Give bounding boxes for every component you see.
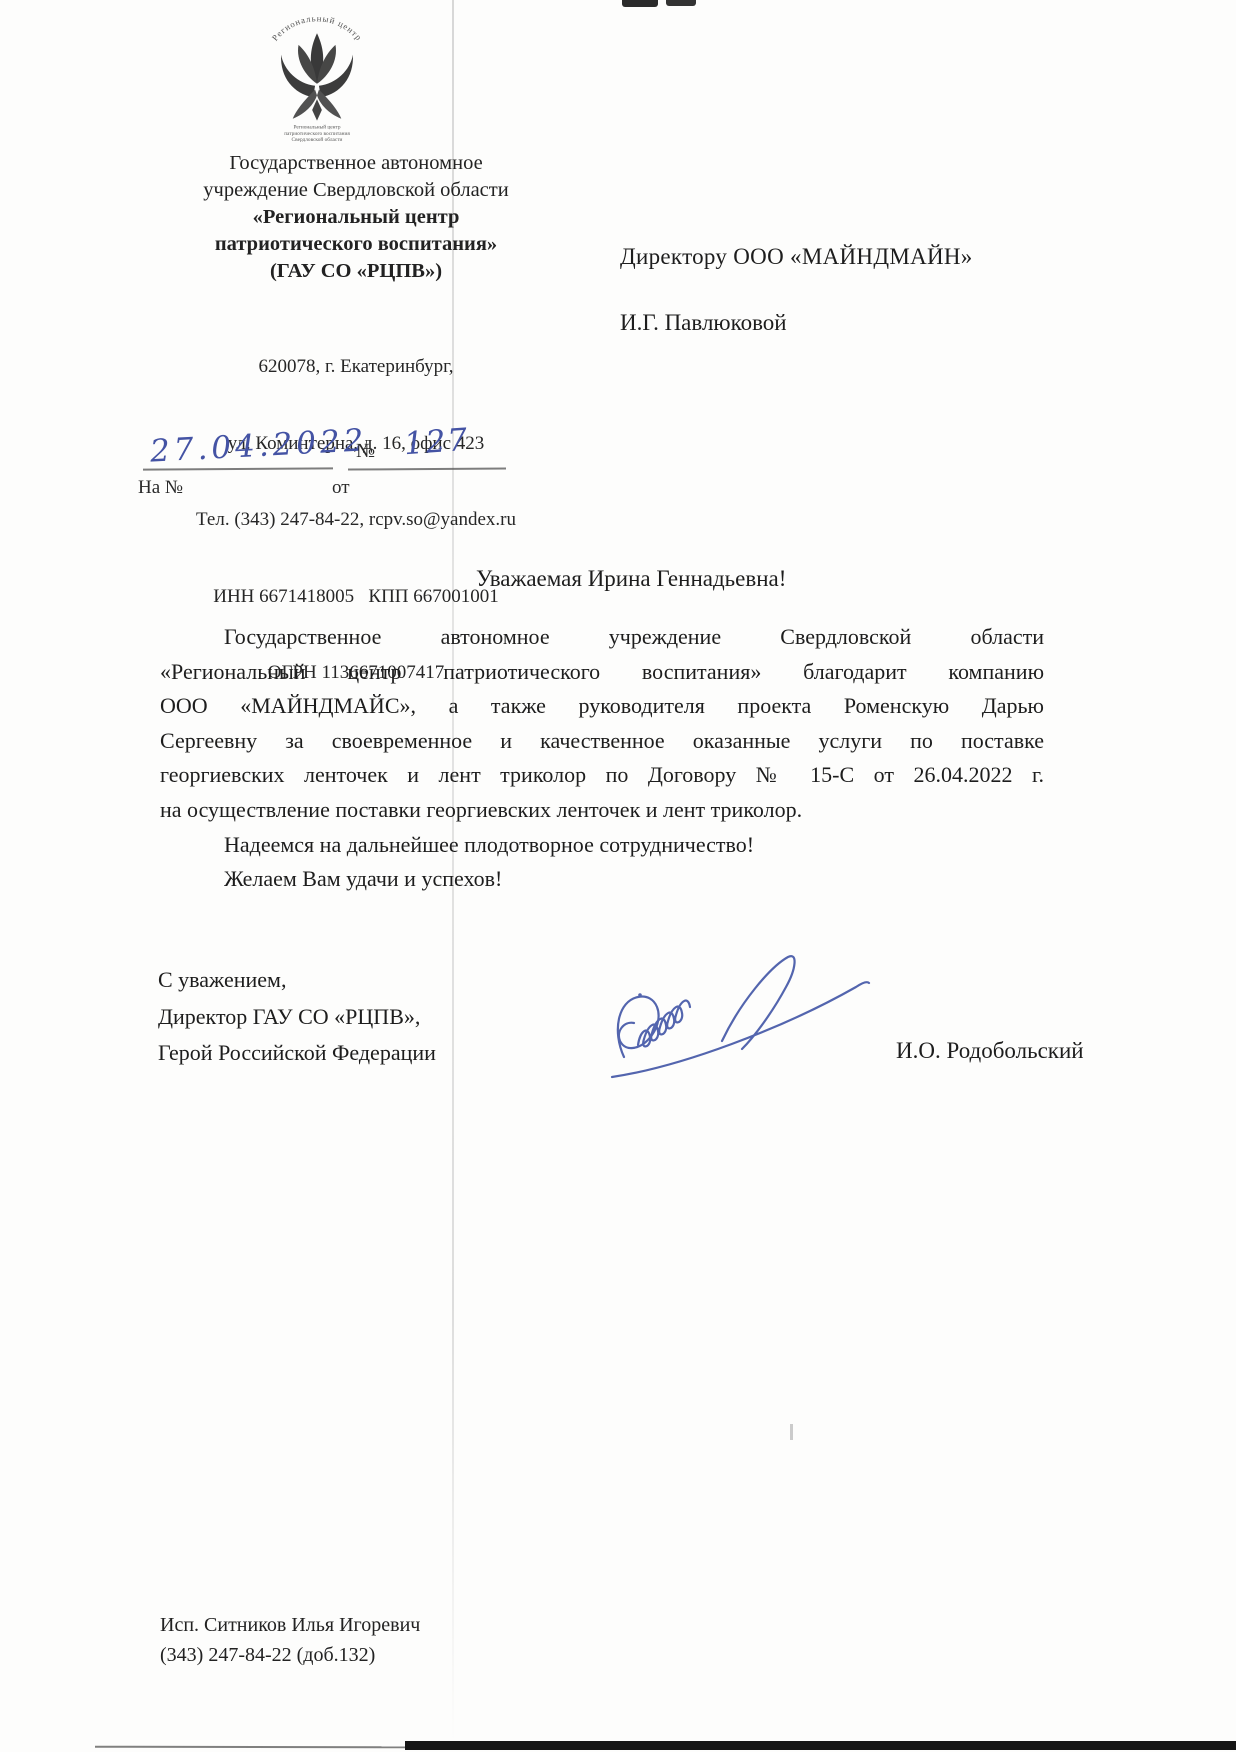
org-phone-email: Тел. (343) 247-84-22, rcpv.so@yandex.ru xyxy=(128,507,584,533)
handwritten-signature xyxy=(590,945,880,1095)
closing-line: Герой Российской Федерации xyxy=(158,1035,436,1072)
body-line: Надеемся на дальнейшее плодотворное сотр… xyxy=(160,828,1044,863)
signer-name: И.О. Родобольский xyxy=(896,1038,1084,1064)
org-name-line: Государственное автономное xyxy=(128,150,584,177)
executor-phone: (343) 247-84-22 (доб.132) xyxy=(160,1644,375,1667)
scan-edge-artifact-bottom-right xyxy=(405,1741,1236,1750)
body-line: Желаем Вам удачи и успехов! xyxy=(160,862,1044,897)
salutation: Уважаемая Ирина Геннадьевна! xyxy=(476,566,786,592)
scan-edge-artifact-bottom-left xyxy=(95,1746,407,1749)
closing-line: С уважением, xyxy=(158,962,436,999)
letter-body: Государственное автономное учреждение Св… xyxy=(160,620,1044,897)
organization-emblem: Региональный центр Региональный центр па… xyxy=(258,6,376,144)
handwritten-outgoing-number: 127 xyxy=(403,422,471,462)
tulip-icon xyxy=(281,33,353,120)
emblem-caption: Региональный центр патриотического воспи… xyxy=(284,123,350,143)
body-line: Государственное автономное учреждение Св… xyxy=(160,620,1044,655)
scan-artifact-top-right-fragment xyxy=(666,0,696,6)
org-name-bold-line: «Региональный центр xyxy=(128,204,584,231)
executor-name: Исп. Ситников Илья Игоревич xyxy=(160,1614,420,1637)
scan-artifact-top-left-fragment xyxy=(622,0,658,7)
number-sign-label: № xyxy=(356,440,375,463)
closing-line: Директор ГАУ СО «РЦПВ», xyxy=(158,999,436,1036)
body-line: ООО «МАЙНДМАЙС», а также руководителя пр… xyxy=(160,689,1044,724)
svg-text:Свердловской области: Свердловской области xyxy=(292,136,343,143)
body-line: георгиевских ленточек и лент триколор по… xyxy=(160,758,1044,793)
org-postal-address: 620078, г. Екатеринбург, xyxy=(128,354,584,380)
org-name-bold-line: патриотического воспитания» xyxy=(128,231,584,258)
body-line: на осуществление поставки георгиевских л… xyxy=(160,793,1044,828)
reply-number-label: На № xyxy=(138,477,183,499)
svg-text:патриотического воспитания: патриотического воспитания xyxy=(284,131,350,137)
addressee-name: И.Г. Павлюковой xyxy=(620,310,787,336)
reply-from-label: от xyxy=(332,477,350,499)
closing-block: С уважением, Директор ГАУ СО «РЦПВ», Гер… xyxy=(158,962,436,1072)
body-line: Сергеевну за своевременное и качественно… xyxy=(160,724,1044,759)
org-short-name: (ГАУ СО «РЦПВ») xyxy=(128,258,584,285)
org-name-block: Государственное автономное учреждение Св… xyxy=(128,150,584,285)
addressee-title: Директору ООО «МАЙНДМАЙН» xyxy=(620,244,973,270)
body-line: «Региональный центр патриотического восп… xyxy=(160,655,1044,690)
letter-page: Региональный центр Региональный центр па… xyxy=(0,0,1236,1752)
scan-mark-vertical xyxy=(790,1424,793,1440)
org-name-line: учреждение Свердловской области xyxy=(128,177,584,204)
svg-text:Региональный центр: Региональный центр xyxy=(293,123,340,130)
